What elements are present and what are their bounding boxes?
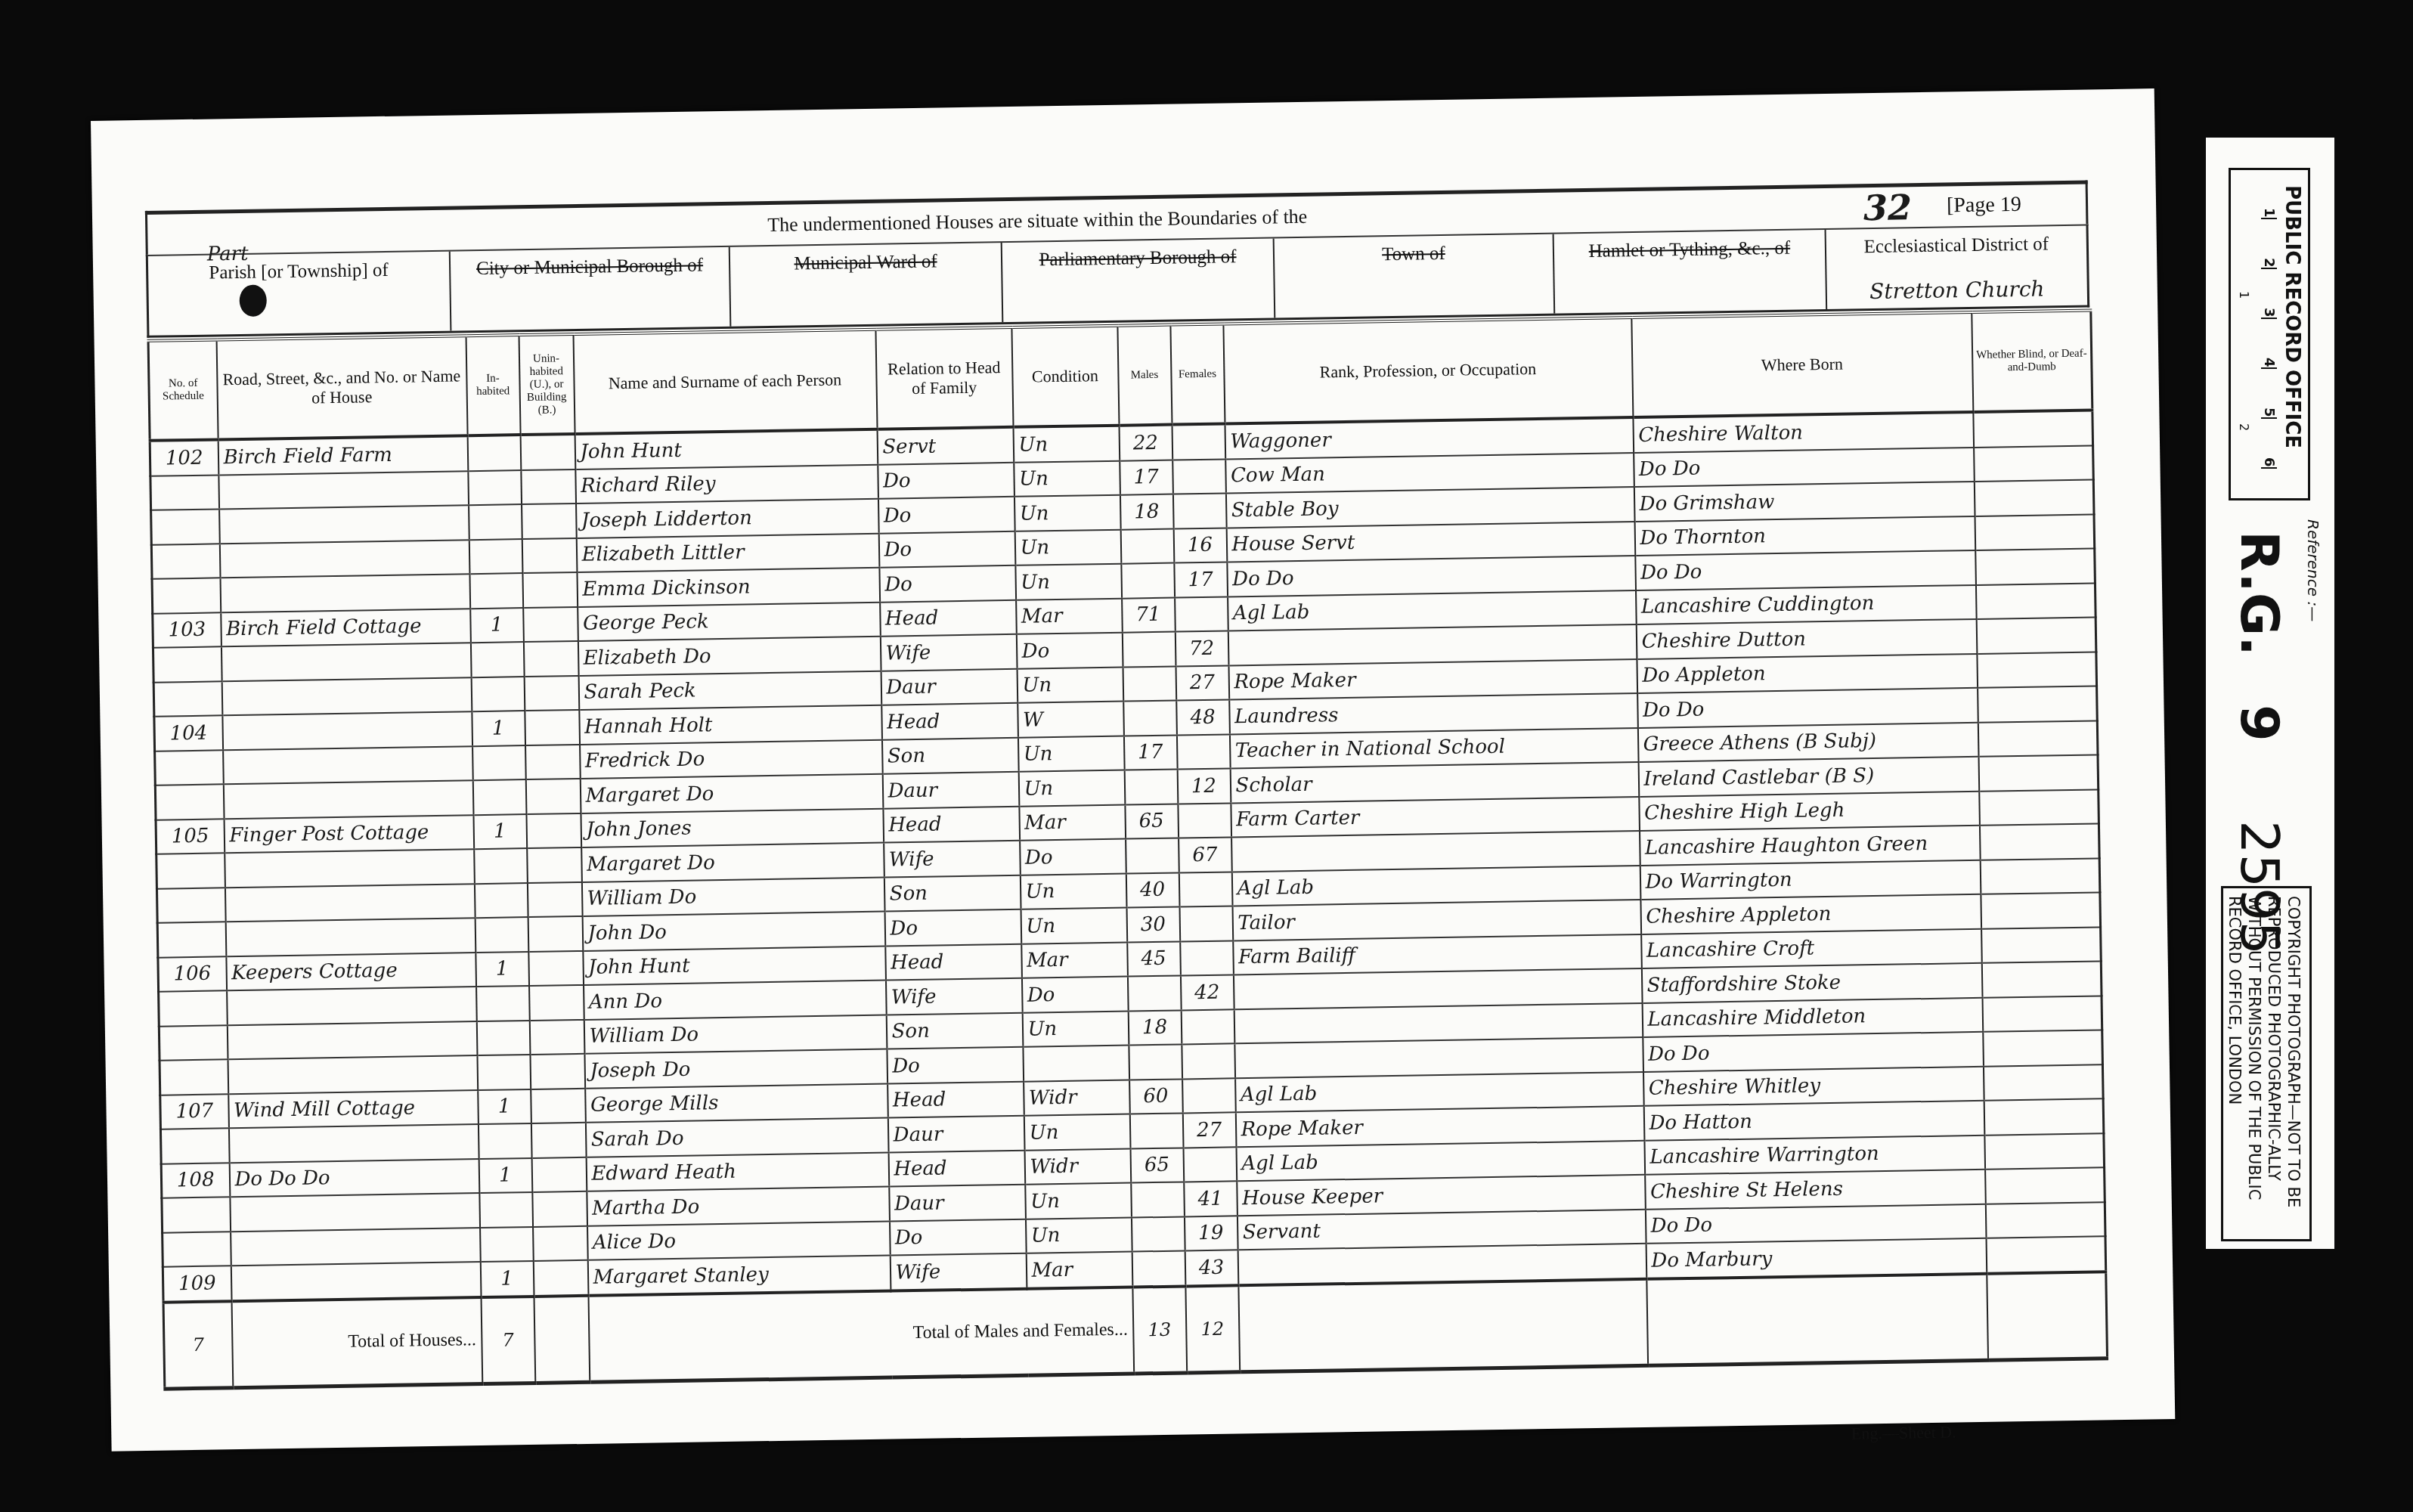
schedule-cell [157,922,226,957]
infirmity-cell [1981,892,2101,928]
condition-cell: Mar [1019,804,1126,841]
schedule-cell [163,1232,231,1267]
infirmity-cell [1975,514,2095,550]
condition-cell: Un [1021,908,1127,944]
road-cell [225,884,475,922]
schedule-cell: 102 [150,439,218,476]
uninhabited-cell [531,1123,586,1158]
inhabited-cell [469,539,522,575]
infirmity-cell [1975,548,2095,584]
infirmity-cell [1985,1167,2105,1204]
name-cell: Emma Dickinson [577,568,880,607]
uninhabited-cell [530,1054,585,1089]
uninhabited-cell [522,572,578,608]
relation-cell: Head [885,943,1022,980]
road-cell: Keepers Cottage [226,953,476,991]
inhabited-cell [472,745,526,781]
road-cell: Finger Post Cottage [224,815,474,854]
schedule-cell [159,1025,228,1061]
boundary-label: Town of [1382,243,1445,265]
uninhabited-cell [522,503,577,539]
uninhabited-cell [528,916,583,952]
name-cell: John Do [582,912,885,951]
male-age-cell: 45 [1127,941,1181,977]
condition-cell: Un [1018,736,1124,772]
uninhabited-cell [525,744,581,779]
female-age-cell [1181,1009,1234,1045]
condition-cell: Un [1024,1114,1130,1151]
ruler-cm-label: 5 [2261,407,2277,419]
relation-cell: Head [887,1081,1024,1117]
relation-cell: Daur [881,668,1018,705]
birthplace-cell: Lancashire Warrington [1644,1135,1985,1175]
relation-cell: Wife [885,978,1022,1015]
female-age-cell [1180,940,1234,976]
name-cell: Martha Do [587,1187,890,1226]
ruler-cm-label: 2 [2261,258,2277,269]
schedule-cell [162,1197,231,1232]
uninhabited-cell [533,1260,588,1297]
female-age-cell [1172,493,1226,528]
col-condition: Condition [1011,326,1119,427]
condition-cell: Un [1018,770,1125,807]
boundary-city: City or Municipal Borough of [451,247,732,331]
ruler-cm-label: 6 [2261,457,2277,469]
birthplace-cell: Lancashire Middleton [1642,997,1983,1037]
schedule-cell [156,888,225,923]
male-age-cell [1132,1250,1185,1287]
condition-cell: Un [1013,426,1120,463]
schedule-cell [159,990,228,1026]
uninhabited-cell [526,813,581,848]
infirmity-cell [1975,583,2095,619]
name-cell: George Mills [585,1083,888,1123]
male-age-cell: 71 [1122,597,1176,633]
female-age-cell: 16 [1173,528,1227,563]
schedule-cell: 104 [154,715,223,751]
male-age-cell: 17 [1120,460,1173,495]
boundary-ecclesiastical: Ecclesiastical District of Stretton Chur… [1826,226,2088,309]
name-cell: Sarah Peck [578,671,881,710]
road-cell [223,746,473,785]
inhabited-cell [474,848,528,884]
inhabited-cell: 1 [475,952,529,987]
road-cell [228,1055,478,1094]
relation-cell: Do [878,531,1015,567]
male-age-cell [1129,1044,1182,1080]
occupation-cell [1237,1244,1646,1285]
inhabited-cell: 1 [470,608,524,643]
condition-cell: Un [1014,529,1121,565]
condition-cell: Un [1014,460,1120,497]
relation-cell: Daur [882,772,1019,808]
road-cell [225,918,475,956]
boundary-parliamentary: Parliamentary Borough of [1002,238,1276,322]
condition-cell: Un [1017,667,1123,703]
inhabited-cell [469,504,522,540]
infirmity-cell [1977,652,2097,688]
road-cell [220,574,470,612]
male-age-cell: 22 [1119,425,1172,461]
name-cell: Richard Riley [575,464,878,503]
relation-cell: Do [889,1219,1026,1255]
col-road: Road, Street, &c., and No. or Name of Ho… [216,336,467,439]
name-cell: John Hunt [575,429,878,469]
schedule-cell: 108 [161,1163,230,1198]
birthplace-cell: Ireland Castlebar (B S) [1638,757,1979,797]
birthplace-cell: Do Thornton [1634,516,1975,556]
inhabited-cell [469,573,523,609]
ruler-cm-label: 3 [2261,308,2277,319]
infirmity-cell [1981,961,2102,997]
inhabited-cell [467,435,521,471]
female-age-cell [1172,423,1225,460]
birthplace-cell: Lancashire Haughton Green [1640,826,1981,866]
female-age-cell [1175,596,1228,632]
road-cell [228,1124,479,1163]
birthplace-cell: Do Grimshaw [1634,482,1975,522]
male-age-cell [1131,1216,1185,1252]
male-age-cell: 60 [1129,1079,1183,1114]
name-cell: Hannah Holt [579,705,882,745]
inhabited-cell [470,642,524,677]
ruler-inch-label: 2 [2237,423,2251,431]
uninhabited-cell [527,847,582,883]
name-cell: Elizabeth Littler [576,533,879,572]
female-age-cell: 72 [1175,631,1228,666]
reference-series: 9 [2229,705,2291,742]
col-males: Males [1117,325,1172,426]
uninhabited-cell [525,779,581,814]
uninhabited-cell [531,1088,586,1123]
road-cell [219,540,469,578]
inhabited-cell: 1 [480,1261,534,1297]
relation-cell: Head [883,806,1020,842]
inhabited-cell [472,779,526,815]
female-age-cell [1179,906,1233,941]
schedule-cell [152,578,221,613]
empty-cell [1646,1273,1988,1365]
name-cell: Margaret Do [580,774,883,813]
birthplace-cell: Cheshire Appleton [1640,894,1981,934]
name-cell: Sarah Do [585,1118,888,1157]
total-houses-label: Total of Houses... [231,1297,482,1388]
boundary-annotation: Part [207,243,249,266]
schedule-cell: 106 [158,956,227,992]
relation-cell: Head [888,1150,1025,1186]
boundary-parish: Part Parish [or Township] of [148,252,452,336]
schedule-cell [160,1059,228,1095]
archive-reference-strip: PUBLIC RECORD OFFICE 12345612 Reference … [2206,138,2334,1249]
name-cell: George Peck [578,602,881,641]
inhabited-cell: 1 [479,1158,532,1194]
total-schedules: 7 [163,1301,233,1389]
birthplace-cell: Cheshire High Legh [1639,791,1980,831]
col-uninhabited: Unin-habited (U.), or Building (B.) [519,334,575,435]
infirmity-cell [1984,1133,2105,1170]
infirmity-cell [1978,754,2099,791]
road-cell [231,1262,481,1301]
punch-hole-mark [239,284,267,317]
infirmity-cell [1978,720,2098,757]
uninhabited-cell [532,1191,587,1227]
male-age-cell: 17 [1123,735,1177,770]
reference-label: Reference :— [2304,519,2322,621]
name-cell: John Hunt [583,946,886,985]
infirmity-cell [1981,927,2102,963]
total-females: 12 [1185,1285,1240,1373]
empty-cell [1987,1272,2108,1360]
uninhabited-cell [520,434,575,470]
inhabited-cell: 1 [472,711,525,746]
col-schedule: No. of Schedule [148,339,218,440]
inhabited-cell: 1 [473,814,527,850]
male-age-cell [1122,632,1176,668]
schedule-cell: 103 [153,612,221,648]
uninhabited-cell [529,985,584,1021]
condition-cell: W [1018,702,1124,738]
road-cell: Birch Field Cottage [221,609,471,647]
infirmity-cell [1979,789,2099,826]
condition-cell [1023,1046,1129,1082]
male-age-cell: 65 [1125,804,1179,839]
name-cell: William Do [581,877,884,916]
uninhabited-cell [522,538,577,573]
female-age-cell: 27 [1182,1112,1236,1148]
road-cell [219,505,469,544]
birthplace-cell: Lancashire Cuddington [1635,584,1976,624]
schedule-cell: 109 [163,1266,231,1302]
infirmity-cell [1973,410,2093,447]
female-age-cell [1178,803,1231,838]
uninhabited-cell [525,710,580,745]
schedule-cell [156,853,225,888]
page-number: [Page 19 [1947,193,2021,218]
relation-cell: Wife [890,1253,1027,1290]
female-age-cell [1182,1043,1235,1079]
col-inhabited: In-habited [466,335,520,435]
boundary-label: Hamlet or Tything, &c., of [1588,238,1790,262]
schedule-cell: 107 [160,1094,229,1129]
birthplace-cell: Do Do [1635,550,1976,590]
copyright-text: COPYRIGHT PHOTOGRAPH—NOT TO BE REPRODUCE… [2225,896,2303,1228]
inhabited-cell [478,1123,531,1159]
condition-cell: Do [1020,839,1126,875]
ruler-cm-label: 4 [2261,358,2277,369]
uninhabited-cell [533,1225,588,1261]
occupation-cell: Waggoner [1225,417,1634,459]
male-age-cell [1121,563,1175,599]
condition-cell: Widr [1024,1148,1131,1185]
road-cell: Birch Field Farm [218,435,468,475]
schedule-cell: 105 [156,819,225,854]
total-males: 13 [1132,1286,1187,1374]
boundary-label: City or Municipal Borough of [476,255,703,279]
boundary-town: Town of [1275,234,1556,318]
infirmity-cell [1979,823,2099,860]
relation-cell: Son [884,875,1021,911]
female-age-cell: 27 [1176,665,1229,701]
name-cell: Margaret Stanley [587,1256,891,1296]
relation-cell: Do [878,497,1014,533]
boundary-hamlet: Hamlet or Tything, &c., of [1554,230,1828,314]
road-cell [222,711,472,750]
birthplace-cell: Cheshire Dutton [1636,619,1977,659]
road-cell [225,849,475,888]
male-age-cell [1129,1113,1183,1148]
female-age-cell [1179,872,1232,907]
inhabited-cell [471,677,525,712]
infirmity-cell [1983,1030,2103,1066]
boundary-value: Stretton Church [1835,276,2080,305]
condition-cell: Widr [1024,1080,1130,1116]
female-age-cell: 42 [1180,974,1234,1010]
name-cell: William Do [584,1015,887,1054]
col-name: Name and Surname of each Person [573,330,877,434]
female-age-cell [1182,1078,1236,1114]
birthplace-cell: Do Do [1643,1032,1984,1072]
road-cell [218,471,469,510]
scale-ruler: PUBLIC RECORD OFFICE 12345612 [2229,168,2310,500]
schedule-cell [155,750,224,785]
infirmity-cell [1974,479,2094,516]
name-cell: Joseph Lidderton [576,499,879,538]
census-form: The undermentioned Houses are situate wi… [145,181,2105,1330]
birthplace-cell: Cheshire Whitley [1643,1066,1984,1106]
road-cell [230,1193,480,1232]
male-age-cell: 18 [1120,494,1173,530]
schedule-cell [151,509,220,544]
infirmity-cell [1986,1236,2106,1273]
inhabited-cell [479,1192,533,1228]
ruler-inch-label: 1 [2237,291,2251,299]
infirmity-cell [1974,445,2094,482]
condition-cell: Un [1022,1011,1129,1047]
census-page: The undermentioned Houses are situate wi… [91,88,2175,1452]
condition-cell: Un [1025,1183,1132,1219]
birthplace-cell: Cheshire St Helens [1645,1170,1986,1210]
col-relation: Relation to Head of Family [875,327,1013,429]
name-cell: Edward Heath [586,1152,889,1191]
boundary-label: Ecclesiastical District of [1864,234,2049,257]
birthplace-cell: Do Do [1637,688,1978,728]
female-age-cell: 43 [1185,1250,1238,1286]
birthplace-cell: Greece Athens (B Subj) [1637,722,1978,762]
road-cell [221,677,472,716]
birthplace-cell: Lancashire Croft [1641,928,1982,968]
name-cell: Ann Do [584,981,887,1020]
relation-cell: Do [878,462,1014,498]
col-born: Where Born [1631,312,1973,417]
male-age-cell: 30 [1126,907,1180,943]
condition-cell: Do [1021,977,1128,1013]
infirmity-cell [1983,1064,2103,1101]
col-females: Females [1170,324,1225,425]
condition-cell: Un [1014,495,1120,531]
boundary-label: Municipal Ward of [794,251,937,274]
schedule-cell [150,475,219,510]
empty-cell [1238,1278,1648,1371]
relation-cell: Head [880,600,1017,636]
female-age-cell: 41 [1184,1181,1237,1216]
male-age-cell: 18 [1128,1010,1182,1046]
relation-cell: Wife [880,634,1017,671]
relation-cell: Do [879,565,1016,602]
uninhabited-cell [524,675,579,711]
relation-cell: Son [881,737,1018,773]
infirmity-cell [1985,1202,2105,1238]
form-title: The undermentioned Houses are situate wi… [767,206,1307,237]
road-cell: Wind Mill Cottage [228,1090,479,1129]
birthplace-cell: Do Marbury [1646,1238,1987,1279]
birthplace-cell: Staffordshire Stoke [1641,963,1982,1003]
road-cell: Do Do Do [229,1159,479,1198]
schedule-cell [151,544,220,579]
inhabited-cell [476,1021,530,1056]
condition-cell: Do [1016,633,1123,669]
relation-cell: Servt [877,427,1014,464]
schedule-cell [160,1128,229,1163]
name-cell: John Jones [581,808,884,847]
female-age-cell: 67 [1179,837,1232,872]
male-age-cell [1126,838,1179,874]
condition-cell: Un [1025,1217,1132,1253]
relation-cell: Daur [887,1116,1024,1152]
schedule-cell [155,784,224,820]
infirmity-cell [1984,1098,2104,1135]
col-blind: Whether Blind, or Deaf-and-Dumb [1972,310,2092,411]
male-age-cell [1123,666,1176,702]
inhabited-cell [476,986,530,1021]
condition-cell: Mar [1021,942,1128,978]
male-age-cell [1123,701,1177,736]
birthplace-cell: Do Hatton [1643,1101,1984,1141]
male-age-cell [1127,975,1181,1011]
relation-cell: Head [881,703,1018,739]
empty-cell [534,1295,590,1383]
uninhabited-cell [521,469,576,504]
inhabited-cell [480,1226,534,1262]
condition-cell: Un [1015,564,1122,600]
relation-cell: Do [887,1047,1024,1083]
col-occupation: Rank, Profession, or Occupation [1223,318,1633,423]
sheet-label: Eng.—Sheet D. [1851,1422,1956,1443]
male-age-cell: 40 [1126,872,1179,908]
name-cell: Joseph Do [584,1049,887,1089]
reference-class: R.G. [2229,531,2291,656]
ruler-cm-label: 1 [2261,208,2277,219]
name-cell: Margaret Do [581,843,884,882]
relation-cell: Wife [884,841,1021,877]
female-age-cell [1176,734,1230,770]
birthplace-cell: Do Do [1634,447,1975,487]
total-houses-value: 7 [481,1296,535,1383]
road-cell [231,1228,481,1266]
relation-cell: Daur [889,1185,1026,1221]
road-cell [227,1021,477,1060]
copyright-notice: COPYRIGHT PHOTOGRAPH—NOT TO BE REPRODUCE… [2221,886,2312,1241]
male-age-cell [1124,770,1178,805]
male-age-cell [1120,528,1174,564]
infirmity-cell [1978,686,2098,722]
uninhabited-cell [523,606,578,642]
uninhabited-cell [529,1019,584,1055]
relation-cell: Son [886,1012,1023,1049]
inhabited-cell [468,470,522,506]
female-age-cell [1172,459,1226,494]
road-cell [223,780,473,819]
boundary-ward: Municipal Ward of [730,243,1004,327]
